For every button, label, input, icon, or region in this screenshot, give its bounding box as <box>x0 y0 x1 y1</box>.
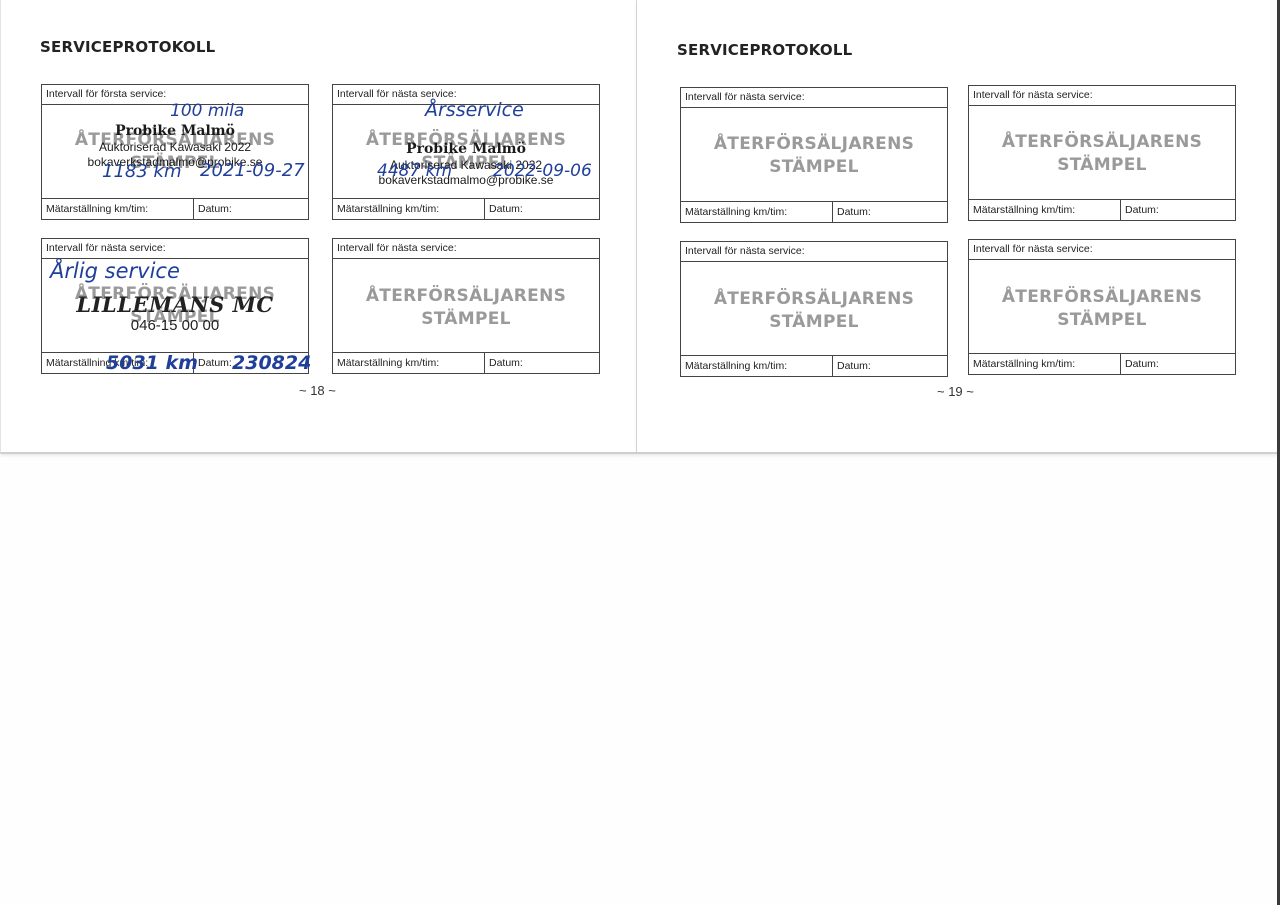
box-footer: Mätarställning km/tim: Datum: <box>681 201 947 222</box>
stamp-area: ÅTERFÖRSÄLJARENS STÄMPEL Probike Malmö A… <box>42 105 308 198</box>
dealer-name: LILLEMANS MC <box>42 293 308 317</box>
box-footer: Mätarställning km/tim: Datum: <box>333 352 599 373</box>
handwritten-interval: Årlig service <box>50 259 180 283</box>
handwritten-interval: 100 mila <box>170 101 244 121</box>
stamp-placeholder: ÅTERFÖRSÄLJARENS STÄMPEL <box>969 286 1235 332</box>
stamp-area: ÅTERFÖRSÄLJARENS STÄMPEL <box>333 259 599 352</box>
service-box-8: Intervall för nästa service: ÅTERFÖRSÄLJ… <box>968 239 1236 375</box>
interval-label: Intervall för nästa service: <box>681 242 947 262</box>
stamp-placeholder: ÅTERFÖRSÄLJARENS STÄMPEL <box>681 288 947 334</box>
interval-label: Intervall för nästa service: <box>681 88 947 108</box>
handwritten-odometer: 5031 km <box>106 352 198 374</box>
service-box-3: Intervall för nästa service: ÅTERFÖRSÄLJ… <box>41 238 309 374</box>
date-label: Datum: <box>1121 354 1235 374</box>
odometer-label: Mätarställning km/tim: <box>333 353 485 373</box>
dealer-phone: 046-15 00 00 <box>42 317 308 335</box>
box-footer: Mätarställning km/tim: Datum: <box>969 199 1235 220</box>
handwritten-date: 2022-09-06 <box>493 161 592 181</box>
stamp-area: ÅTERFÖRSÄLJARENS STÄMPEL Probike Malmö A… <box>333 105 599 198</box>
box-footer: Mätarställning km/tim: Datum: <box>969 353 1235 374</box>
dealer-line-1: Auktoriserad Kawasaki 2022 <box>42 140 308 155</box>
interval-label: Intervall för nästa service: <box>969 86 1235 106</box>
handwritten-interval: Årsservice <box>425 99 524 121</box>
right-page: SERVICEPROTOKOLL Intervall för nästa ser… <box>637 0 1280 454</box>
stamp-placeholder: ÅTERFÖRSÄLJARENS STÄMPEL <box>333 285 599 331</box>
odometer-label: Mätarställning km/tim: <box>969 200 1121 220</box>
stamp-area: ÅTERFÖRSÄLJARENS STÄMPEL <box>969 260 1235 353</box>
handwritten-date: 2021-09-27 <box>200 160 305 181</box>
page-number: ~ 19 ~ <box>937 384 974 399</box>
stamp-area: ÅTERFÖRSÄLJARENS STÄMPEL <box>681 262 947 355</box>
service-box-6: Intervall för nästa service: ÅTERFÖRSÄLJ… <box>968 85 1236 221</box>
service-box-2: Intervall för nästa service: ÅTERFÖRSÄLJ… <box>332 84 600 220</box>
odometer-label: Mätarställning km/tim: <box>333 199 485 219</box>
left-page: SERVICEPROTOKOLL Intervall för första se… <box>0 0 637 454</box>
stamp-placeholder: ÅTERFÖRSÄLJARENS STÄMPEL <box>969 131 1235 177</box>
interval-label: Intervall för nästa service: <box>42 239 308 259</box>
service-box-5: Intervall för nästa service: ÅTERFÖRSÄLJ… <box>680 87 948 223</box>
interval-label: Intervall för nästa service: <box>333 239 599 259</box>
handwritten-odometer: 4487 km <box>377 161 452 181</box>
date-label: Datum: <box>833 356 947 376</box>
page-number: ~ 18 ~ <box>299 383 336 398</box>
box-footer: Mätarställning km/tim: Datum: <box>42 198 308 219</box>
box-footer: Mätarställning km/tim: Datum: <box>681 355 947 376</box>
date-label: Datum: <box>194 199 308 219</box>
odometer-label: Mätarställning km/tim: <box>681 202 833 222</box>
interval-label: Intervall för nästa service: <box>969 240 1235 260</box>
stamp-area: ÅTERFÖRSÄLJARENS STÄMPEL LILLEMANS MC 04… <box>42 259 308 352</box>
service-box-7: Intervall för nästa service: ÅTERFÖRSÄLJ… <box>680 241 948 377</box>
odometer-label: Mätarställning km/tim: <box>42 199 194 219</box>
odometer-label: Mätarställning km/tim: <box>681 356 833 376</box>
date-label: Datum: <box>485 353 599 373</box>
date-label: Datum: <box>485 199 599 219</box>
service-box-4: Intervall för nästa service: ÅTERFÖRSÄLJ… <box>332 238 600 374</box>
handwritten-date: 230824 <box>232 352 311 374</box>
stamp-area: ÅTERFÖRSÄLJARENS STÄMPEL <box>681 108 947 201</box>
box-footer: Mätarställning km/tim: Datum: <box>333 198 599 219</box>
dealer-name: Probike Malmö <box>333 141 599 158</box>
page-title: SERVICEPROTOKOLL <box>40 38 215 56</box>
date-label: Datum: <box>833 202 947 222</box>
handwritten-odometer: 1183 km <box>102 161 182 182</box>
odometer-label: Mätarställning km/tim: <box>969 354 1121 374</box>
dealer-name: Probike Malmö <box>42 123 308 140</box>
dealer-stamp: LILLEMANS MC 046-15 00 00 <box>42 293 308 335</box>
page-title: SERVICEPROTOKOLL <box>677 41 852 59</box>
date-label: Datum: <box>1121 200 1235 220</box>
stamp-area: ÅTERFÖRSÄLJARENS STÄMPEL <box>969 106 1235 199</box>
stamp-placeholder: ÅTERFÖRSÄLJARENS STÄMPEL <box>681 133 947 179</box>
service-box-1: Intervall för första service: ÅTERFÖRSÄL… <box>41 84 309 220</box>
